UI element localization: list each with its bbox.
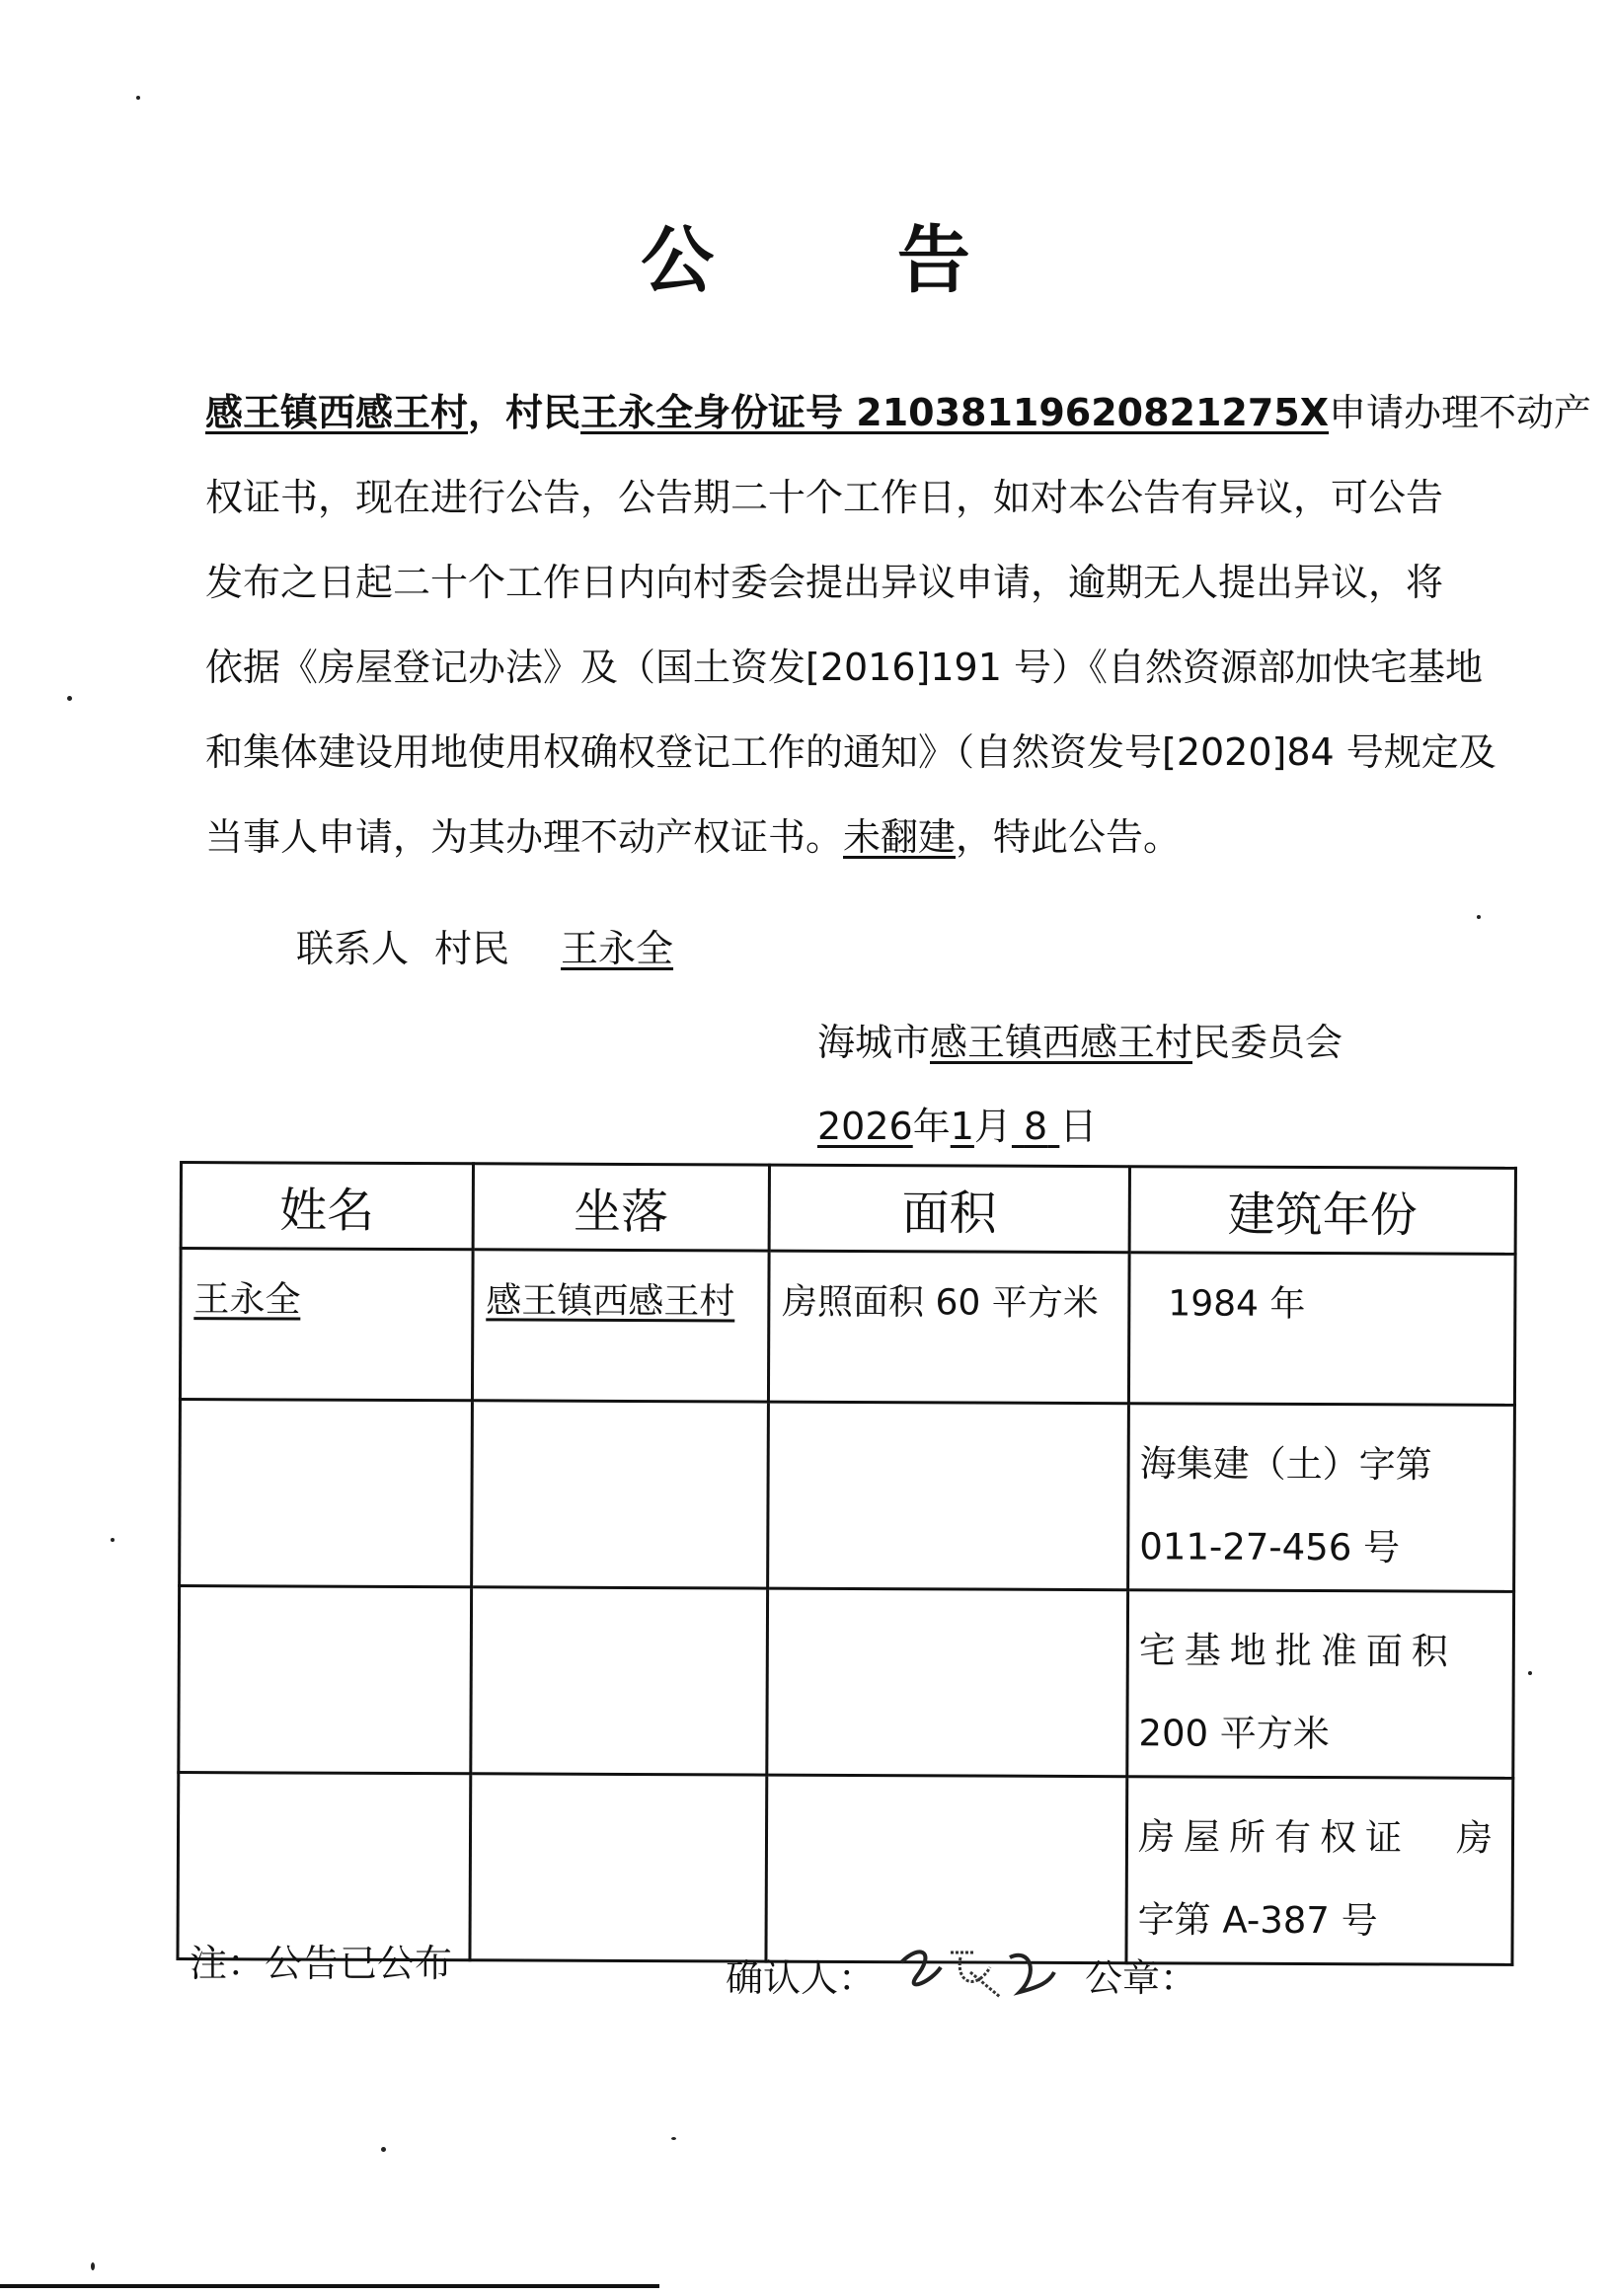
cell-empty <box>470 1774 767 1961</box>
body-line-6-post: ，特此公告。 <box>956 815 1181 859</box>
cell-location: 感王镇西感王村 <box>472 1250 768 1402</box>
scan-speck <box>67 696 72 701</box>
contact-line: 联系人村民王永全 <box>296 918 673 972</box>
cell-name: 王永全 <box>180 1249 473 1401</box>
date-day: 8 <box>1024 1105 1047 1148</box>
cell-approved-area: 宅基地批准面积 200 平方米 <box>1127 1590 1514 1779</box>
scan-speck <box>381 2147 386 2152</box>
note-line: 宅基地批准面积 <box>1139 1609 1502 1694</box>
page-title: 公 告 <box>0 202 1611 307</box>
header-area: 面积 <box>769 1165 1130 1253</box>
org-village: 感王镇西感王村 <box>930 1021 1192 1064</box>
table-row: 海集建（土）字第 011-27-456 号 <box>180 1400 1515 1592</box>
date-month: 1 <box>951 1105 974 1148</box>
confirmer-label: 确认人： <box>726 1948 876 2002</box>
scan-speck <box>111 1538 115 1542</box>
cell-empty <box>180 1400 473 1587</box>
scan-speck <box>136 96 140 100</box>
note-line: 海集建（土）字第 <box>1139 1422 1502 1507</box>
table-row: 宅基地批准面积 200 平方米 <box>179 1586 1514 1779</box>
scan-speck <box>671 2137 676 2140</box>
body-line-5: 和集体建设用地使用权确权登记工作的通知》（自然资发号[2020]84 号规定及 <box>205 710 1528 795</box>
seal-label: 公章： <box>1085 1948 1197 2002</box>
confirmation-line: 确认人： 公章： <box>726 1935 1197 2014</box>
handwritten-signature <box>882 1935 1079 2014</box>
note-text: 海集建（土）字第 011-27-456 号 <box>1129 1405 1513 1590</box>
date-year: 2026 <box>817 1105 913 1148</box>
cell-empty <box>767 1402 1128 1590</box>
property-area: 房照面积 60 平方米 <box>770 1253 1128 1327</box>
note-line: 200 平方米 <box>1138 1692 1501 1777</box>
body-line-3: 发布之日起二十个工作日内向村委会提出异议申请，逾期无人提出异议，将 <box>205 540 1528 625</box>
villager-label: ，村民 <box>468 391 580 434</box>
village-name: 感王镇西感王村 <box>205 391 468 434</box>
table-row: 王永全 感王镇西感王村 房照面积 60 平方米 1984 年 <box>180 1249 1515 1406</box>
cell-area: 房照面积 60 平方米 <box>768 1251 1129 1404</box>
footer-note: 注：公告已公布 <box>190 1933 452 1987</box>
date-day-unit: 日 <box>1059 1105 1097 1148</box>
organization-name: 海城市感王镇西感王村民委员会 <box>817 1012 1342 1066</box>
notice-date: 2026年1月 8 日 <box>817 1096 1097 1150</box>
cell-empty <box>472 1401 769 1588</box>
signature-icon <box>882 1923 1079 2022</box>
cell-year: 1984 年 <box>1128 1253 1515 1406</box>
body-line-1: 感王镇西感王村，村民王永全身份证号 21038119620821275X申请办理… <box>205 370 1528 455</box>
cell-empty <box>767 1588 1128 1777</box>
body-line-6-pre: 当事人申请，为其办理不动产权证书。 <box>205 815 843 859</box>
cell-collective-land-cert: 海集建（土）字第 011-27-456 号 <box>1128 1404 1515 1592</box>
body-line-2: 权证书，现在进行公告，公告期二十个工作日，如对本公告有异议，可公告 <box>205 455 1528 540</box>
header-build-year: 建筑年份 <box>1129 1167 1515 1255</box>
table-header-row: 姓名 坐落 面积 建筑年份 <box>181 1163 1515 1255</box>
org-suffix: 民委员会 <box>1192 1021 1342 1064</box>
header-location: 坐落 <box>473 1164 769 1251</box>
body-line-6: 当事人申请，为其办理不动产权证书。未翻建，特此公告。 <box>205 795 1528 880</box>
not-rebuilt-status: 未翻建 <box>843 815 956 859</box>
date-year-unit: 年 <box>913 1105 951 1148</box>
owner-name: 王永全 <box>182 1250 471 1323</box>
header-name: 姓名 <box>181 1163 473 1250</box>
note-text: 宅基地批准面积 200 平方米 <box>1128 1591 1512 1777</box>
note-line: 011-27-456 号 <box>1139 1505 1502 1590</box>
notice-body: 感王镇西感王村，村民王永全身份证号 21038119620821275X申请办理… <box>205 370 1528 880</box>
contact-role: 村民 <box>434 927 509 970</box>
application-text: 申请办理不动产 <box>1329 391 1591 434</box>
bottom-edge-line <box>0 2284 659 2288</box>
cell-empty <box>179 1586 472 1774</box>
applicant-id: 王永全身份证号 21038119620821275X <box>580 391 1329 434</box>
scan-speck <box>1477 915 1481 919</box>
contact-name: 王永全 <box>561 927 673 970</box>
org-prefix: 海城市 <box>817 1021 930 1064</box>
body-line-4: 依据《房屋登记办法》及（国土资发[2016]191 号）《自然资源部加快宅基地 <box>205 625 1528 710</box>
property-table: 姓名 坐落 面积 建筑年份 王永全 感王镇西感王村 房照面积 60 平方米 19… <box>176 1161 1517 1966</box>
contact-label: 联系人 <box>296 927 409 970</box>
scan-speck <box>1528 1671 1532 1675</box>
note-line: 房屋所有权证 房 <box>1138 1796 1501 1880</box>
scan-speck <box>91 2262 95 2270</box>
build-year: 1984 年 <box>1130 1254 1513 1328</box>
cell-empty <box>471 1587 768 1775</box>
date-month-unit: 月 <box>974 1105 1012 1148</box>
notice-page: 公 告 感王镇西感王村，村民王永全身份证号 21038119620821275X… <box>0 0 1611 2296</box>
property-location: 感王镇西感王村 <box>474 1251 767 1324</box>
